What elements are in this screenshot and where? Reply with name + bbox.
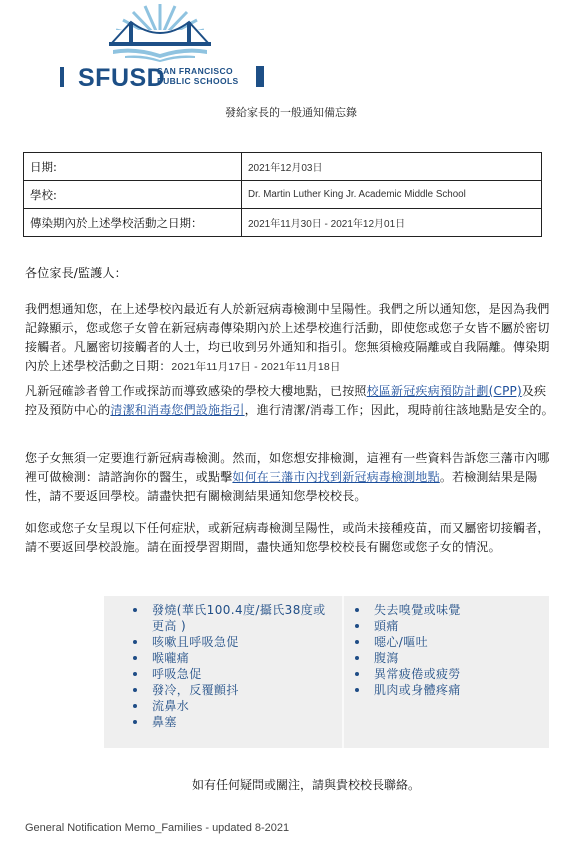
list-item: 鼻塞 — [152, 714, 330, 730]
list-item: 腹瀉 — [374, 650, 549, 666]
list-item: 發冷，反覆顫抖 — [152, 682, 330, 698]
list-item: 咳嗽且呼吸急促 — [152, 634, 330, 650]
table-row-date: 日期: 2021年12月03日 — [24, 153, 542, 181]
paragraph-testing: 您子女無須一定要進行新冠病毒檢測。然而，如您想安排檢測，這裡有一些資料告訴您三藩… — [25, 449, 555, 506]
golden-gate-bridge-icon — [105, 0, 215, 62]
date-label: 日期: — [24, 153, 242, 181]
list-item: 流鼻水 — [152, 698, 330, 714]
logo-bar-left — [60, 67, 64, 87]
table-row-exposure-dates: 傳染期內於上述學校活動之日期： 2021年11月30日 - 2021年12月01… — [24, 209, 542, 237]
list-item: 失去嗅覺或味覺 — [374, 602, 549, 618]
cdc-cleaning-guidance-link[interactable]: 清潔和消毒您們設施指引 — [110, 403, 244, 417]
greeting: 各位家長/監護人： — [25, 264, 555, 283]
cpp-link[interactable]: 校區新冠疾病預防計劃(CPP) — [367, 384, 522, 398]
exposure-dates-label: 傳染期內於上述學校活動之日期： — [24, 209, 242, 237]
list-item: 呼吸急促 — [152, 666, 330, 682]
symptoms-list-right: 失去嗅覺或味覺 頭痛 噁心/嘔吐 腹瀉 異常疲倦或疲勞 肌肉或身體疼痛 — [344, 602, 549, 698]
table-row-school: 學校: Dr. Martin Luther King Jr. Academic … — [24, 181, 542, 209]
closing-note: 如有任何疑問或關注，請與貴校校長聯絡。 — [0, 776, 582, 793]
list-item: 喉嚨痛 — [152, 650, 330, 666]
symptoms-column-right: 失去嗅覺或味覺 頭痛 噁心/嘔吐 腹瀉 異常疲倦或疲勞 肌肉或身體疼痛 — [344, 596, 549, 748]
list-item: 發燒(華氏100.4度/攝氏38度或更高 ) — [152, 602, 330, 634]
logo-bar-right — [256, 66, 264, 87]
paragraph-cleaning: 凡新冠確診者曾工作或探訪而導致感染的學校大樓地點，已按照校區新冠疾病預防計劃(C… — [25, 382, 555, 420]
exposure-dates-value: 2021年11月30日 - 2021年12月01日 — [242, 209, 542, 237]
symptoms-box: 發燒(華氏100.4度/攝氏38度或更高 ) 咳嗽且呼吸急促 喉嚨痛 呼吸急促 … — [104, 596, 549, 748]
paragraph-notification: 我們想通知您，在上述學校內最近有人於新冠病毒檢測中呈陽性。我們之所以通知您，是因… — [25, 300, 555, 377]
footer-text: General Notification Memo_Families - upd… — [25, 822, 289, 834]
symptoms-column-left: 發燒(華氏100.4度/攝氏38度或更高 ) 咳嗽且呼吸急促 喉嚨痛 呼吸急促 … — [104, 596, 344, 748]
paragraph-symptoms-instructions: 如您或您子女呈現以下任何症狀，或新冠病毒檢測呈陽性，或尚未接種疫苗，而又屬密切接… — [25, 519, 555, 557]
page-title: 發給家長的一般通知備忘錄 — [0, 104, 582, 120]
testing-sites-link[interactable]: 如何在三藩市內找到新冠病毒檢測地點 — [232, 470, 439, 484]
school-label: 學校: — [24, 181, 242, 209]
info-table: 日期: 2021年12月03日 學校: Dr. Martin Luther Ki… — [23, 152, 542, 237]
date-value: 2021年12月03日 — [242, 153, 542, 181]
logo-wordmark: SFUSD — [78, 64, 165, 93]
list-item: 異常疲倦或疲勞 — [374, 666, 549, 682]
logo-subtitle: SAN FRANCISCO PUBLIC SCHOOLS — [157, 66, 239, 86]
list-item: 頭痛 — [374, 618, 549, 634]
activity-dates: 2021年11月17日 - 2021年11月18日 — [171, 361, 340, 373]
school-value: Dr. Martin Luther King Jr. Academic Midd… — [242, 181, 542, 209]
sfusd-logo: SFUSD SAN FRANCISCO PUBLIC SCHOOLS — [60, 0, 260, 88]
list-item: 肌肉或身體疼痛 — [374, 682, 549, 698]
symptoms-list-left: 發燒(華氏100.4度/攝氏38度或更高 ) 咳嗽且呼吸急促 喉嚨痛 呼吸急促 … — [104, 602, 342, 730]
list-item: 噁心/嘔吐 — [374, 634, 549, 650]
